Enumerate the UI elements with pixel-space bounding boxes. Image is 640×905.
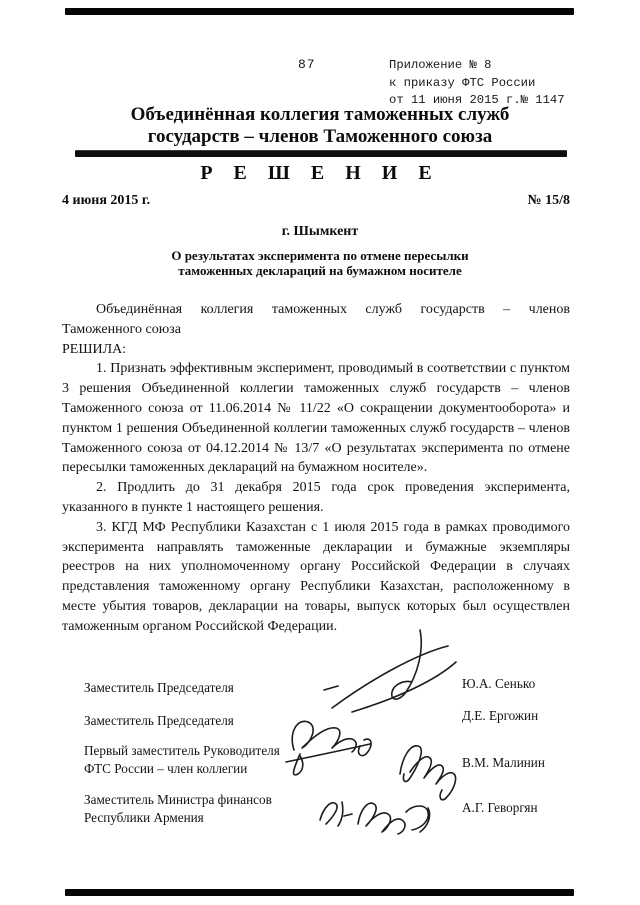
handwritten-signatures bbox=[278, 616, 478, 840]
document-page: 87 Приложение № 8 к приказу ФТС России о… bbox=[0, 0, 640, 905]
signer-name-1: Ю.А. Сенько bbox=[462, 676, 602, 692]
document-number: № 15/8 bbox=[528, 193, 570, 209]
preamble-line: Объединённая коллегия таможенных служб г… bbox=[62, 300, 570, 320]
annex-line: Приложение № 8 bbox=[389, 57, 579, 75]
resolution-item-1: 1. Признать эффективным эксперимент, про… bbox=[62, 359, 570, 478]
document-body: Объединённая коллегия таможенных служб г… bbox=[62, 300, 570, 637]
document-subject-line: таможенных деклараций на бумажном носите… bbox=[0, 263, 640, 278]
signature-squiggle-2 bbox=[286, 721, 371, 775]
signature-squiggle-3 bbox=[400, 746, 456, 800]
document-subject: О результатах эксперимента по отмене пер… bbox=[0, 248, 640, 278]
preamble-line: Таможенного союза bbox=[62, 320, 570, 340]
organization-name: Объединённая коллегия таможенных служб г… bbox=[0, 104, 640, 148]
resolved-label: РЕШИЛА: bbox=[62, 340, 570, 360]
preamble-paragraph: Объединённая коллегия таможенных служб г… bbox=[62, 300, 570, 340]
document-type-title: Р Е Ш Е Н И Е bbox=[0, 162, 640, 185]
signature-squiggle-4 bbox=[320, 802, 430, 834]
page-number: 87 bbox=[298, 57, 316, 72]
document-meta-row: 4 июня 2015 г. № 15/8 bbox=[62, 193, 570, 209]
document-date: 4 июня 2015 г. bbox=[62, 193, 150, 209]
organization-name-line: государств – членов Таможенного союза bbox=[0, 126, 640, 148]
header-divider-rule bbox=[75, 150, 567, 157]
signer-name-3: В.М. Малинин bbox=[462, 755, 602, 771]
scan-artifact-top-bar bbox=[65, 8, 574, 15]
scan-artifact-bottom-bar bbox=[65, 889, 574, 896]
resolution-item-2: 2. Продлить до 31 декабря 2015 года срок… bbox=[62, 478, 570, 518]
signer-name-2: Д.Е. Ергожин bbox=[462, 708, 602, 724]
annex-reference-block: Приложение № 8 к приказу ФТС России от 1… bbox=[389, 57, 579, 110]
organization-name-line: Объединённая коллегия таможенных служб bbox=[0, 104, 640, 126]
document-subject-line: О результатах эксперимента по отмене пер… bbox=[0, 248, 640, 263]
document-city: г. Шымкент bbox=[0, 224, 640, 240]
signature-squiggle-1 bbox=[324, 630, 456, 712]
annex-line: к приказу ФТС России bbox=[389, 75, 579, 93]
signer-name-4: А.Г. Геворгян bbox=[462, 800, 602, 816]
